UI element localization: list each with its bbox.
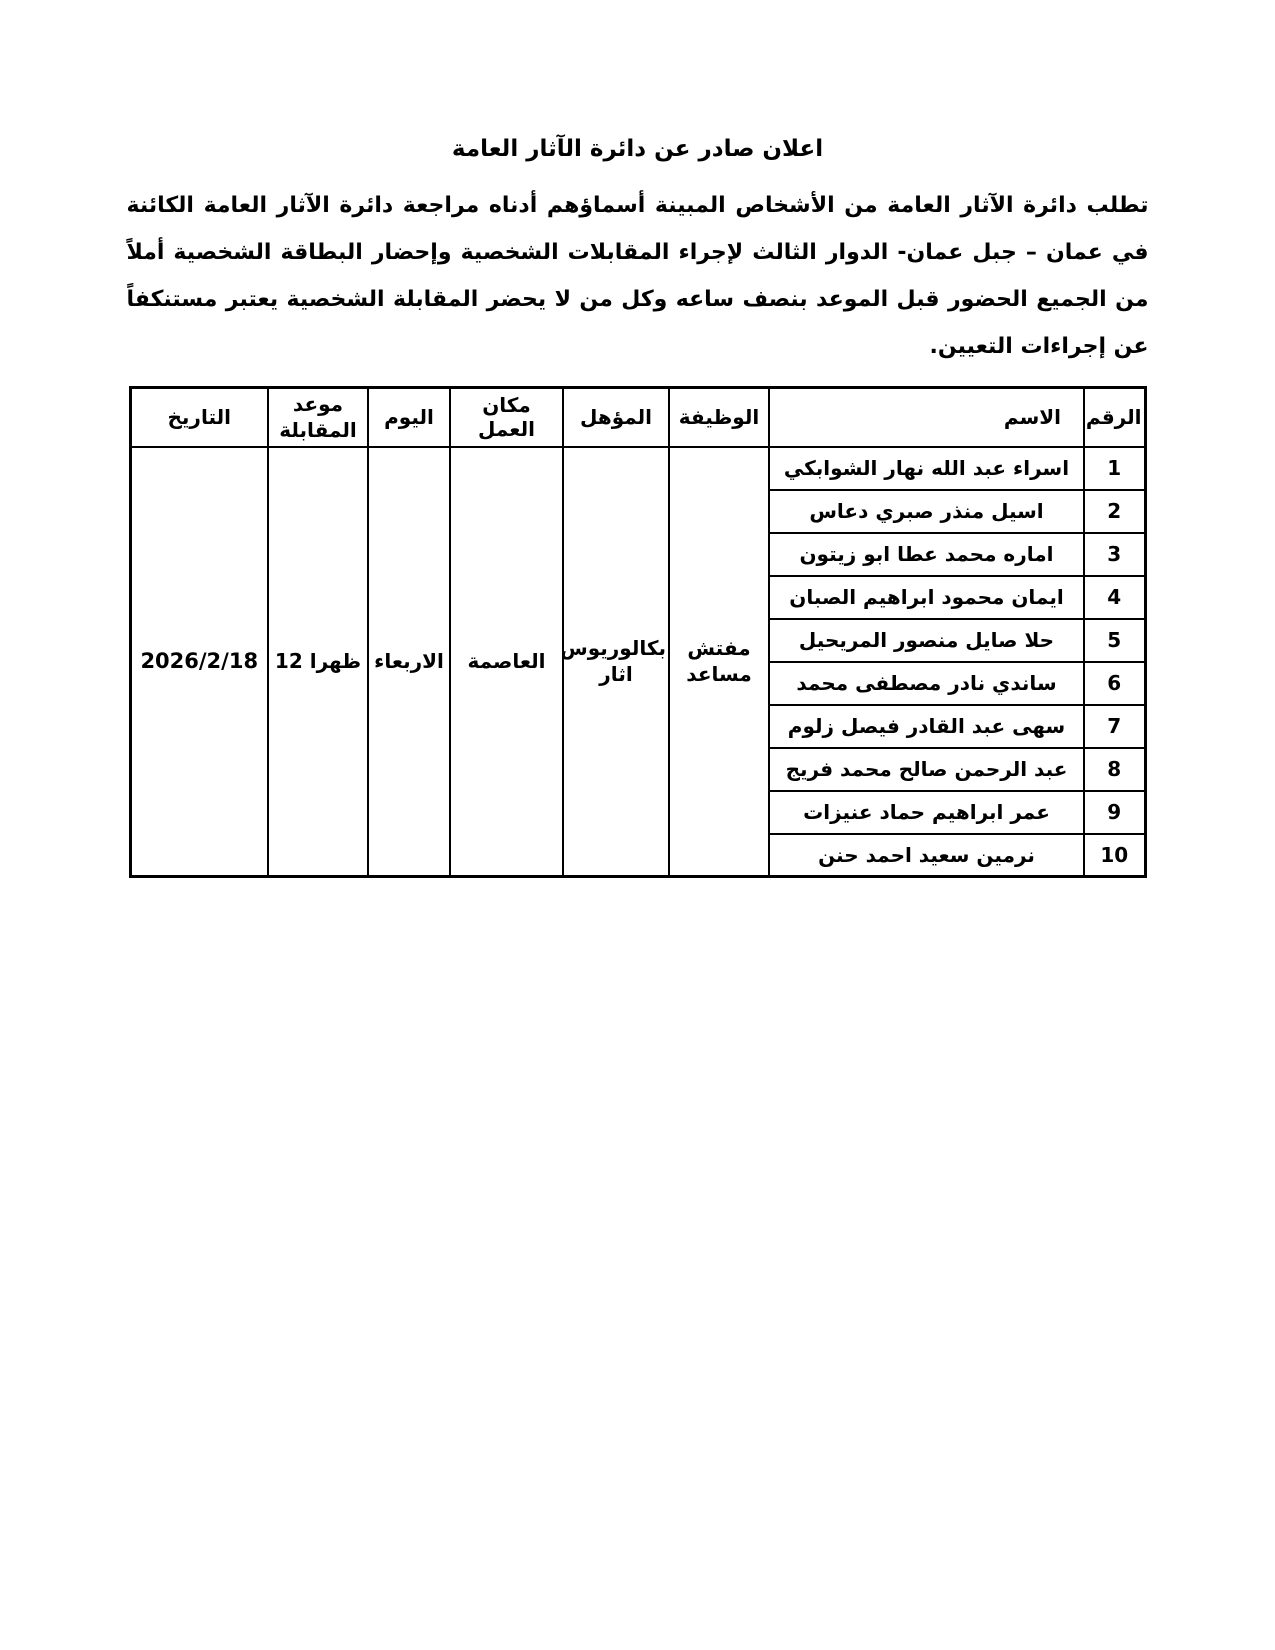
- name-cell: حلا صايل منصور المريحيل: [769, 619, 1084, 662]
- table-row: 1 اسراء عبد الله نهار الشوابكي مفتش مساع…: [130, 447, 1145, 490]
- document-page: اعلان صادر عن دائرة الآثار العامة تطلب د…: [0, 0, 1275, 1650]
- name-cell: اماره محمد عطا ابو زيتون: [769, 533, 1084, 576]
- header-qualification: المؤهل: [563, 388, 669, 447]
- workplace-cell: العاصمة: [450, 447, 563, 877]
- name-cell: سهى عبد القادر فيصل زلوم: [769, 705, 1084, 748]
- header-number: الرقم: [1084, 388, 1145, 447]
- header-name: الاسم: [769, 388, 1084, 447]
- date-cell: 2026/2/18: [130, 447, 268, 877]
- row-number-cell: 2: [1084, 490, 1145, 533]
- row-number-cell: 6: [1084, 662, 1145, 705]
- header-interview-time: موعد المقابلة: [268, 388, 368, 447]
- row-number-cell: 7: [1084, 705, 1145, 748]
- header-job: الوظيفة: [669, 388, 769, 447]
- name-cell: عمر ابراهيم حماد عنيزات: [769, 791, 1084, 834]
- header-day: اليوم: [368, 388, 450, 447]
- interview-schedule-table: الرقم الاسم الوظيفة المؤهل مكان العمل ال…: [129, 386, 1147, 878]
- row-number-cell: 10: [1084, 834, 1145, 877]
- qualification-cell: بكالوريوس اثار: [563, 447, 669, 877]
- day-cell: الاربعاء: [368, 447, 450, 877]
- row-number-cell: 8: [1084, 748, 1145, 791]
- name-cell: ساندي نادر مصطفى محمد: [769, 662, 1084, 705]
- name-cell: اسيل منذر صبري دعاس: [769, 490, 1084, 533]
- name-cell: نرمين سعيد احمد حنن: [769, 834, 1084, 877]
- job-cell: مفتش مساعد: [669, 447, 769, 877]
- row-number-cell: 1: [1084, 447, 1145, 490]
- header-workplace: مكان العمل: [450, 388, 563, 447]
- interview-time-cell: 12 ظهرا: [268, 447, 368, 877]
- name-cell: اسراء عبد الله نهار الشوابكي: [769, 447, 1084, 490]
- row-number-cell: 9: [1084, 791, 1145, 834]
- name-cell: عبد الرحمن صالح محمد فريج: [769, 748, 1084, 791]
- header-row: الرقم الاسم الوظيفة المؤهل مكان العمل ال…: [130, 388, 1145, 447]
- row-number-cell: 4: [1084, 576, 1145, 619]
- header-date: التاريخ: [130, 388, 268, 447]
- name-cell: ايمان محمود ابراهيم الصبان: [769, 576, 1084, 619]
- row-number-cell: 3: [1084, 533, 1145, 576]
- row-number-cell: 5: [1084, 619, 1145, 662]
- page-title: اعلان صادر عن دائرة الآثار العامة: [0, 0, 1275, 162]
- intro-paragraph: تطلب دائرة الآثار العامة من الأشخاص المب…: [127, 182, 1149, 370]
